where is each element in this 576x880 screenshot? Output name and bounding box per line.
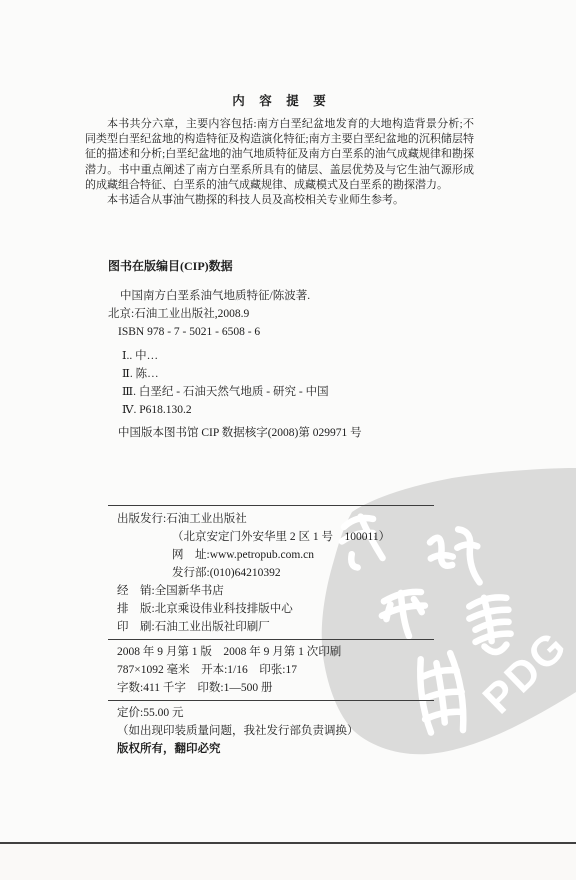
word-count-line: 字数:411 千字 印数:1—500 册	[108, 679, 453, 697]
publisher-line: 出版发行:石油工业出版社	[108, 510, 453, 528]
colophon-top-rule	[108, 505, 434, 506]
colophon-middle-rule	[108, 639, 434, 640]
summary-heading: 内 容 提 要	[85, 94, 474, 109]
cip-classification-1: Ⅰ.. 中…	[122, 347, 468, 365]
cip-classification-4: Ⅳ. P618.130.2	[122, 401, 468, 419]
publisher-address-line: （北京安定门外安华里 2 区 1 号 100011）	[108, 528, 453, 546]
cip-heading: 图书在版编目(CIP)数据	[108, 258, 468, 274]
sales-line: 经 销:全国新华书店	[108, 582, 453, 600]
distribution-phone-line: 发行部:(010)64210392	[108, 564, 453, 582]
copyright-notice-line: 版权所有，翻印必究	[108, 740, 453, 758]
colophon-bottom-rule	[108, 700, 434, 701]
cip-isbn-line: ISBN 978 - 7 - 5021 - 6508 - 6	[118, 323, 468, 341]
content-summary-section: 内 容 提 要 本书共分六章，主要内容包括:南方白垩纪盆地发育的大地构造背景分析…	[85, 94, 474, 208]
cip-publisher-line: 北京:石油工业出版社,2008.9	[108, 305, 468, 323]
colophon-section: 出版发行:石油工业出版社 （北京安定门外安华里 2 区 1 号 100011） …	[108, 505, 453, 758]
summary-paragraph-2: 本书适合从事油气勘探的科技人员及高校相关专业师生参考。	[85, 193, 474, 208]
website-line: 网 址:www.petropub.com.cn	[108, 546, 453, 564]
book-copyright-page: PDG 内 容 提 要 本书共分六章，主要内容包括:南方白垩纪盆地发育的大地构造…	[0, 0, 576, 880]
cip-classification-3: Ⅲ. 白垩纪 - 石油天然气地质 - 研究 - 中国	[122, 383, 468, 401]
quality-notice-line: （如出现印装质量问题，我社发行部负责调换）	[108, 722, 453, 740]
cip-title-line: 中国南方白垩系油气地质特征/陈波著.	[120, 287, 468, 305]
format-line: 787×1092 毫米 开本:1/16 印张:17	[108, 661, 453, 679]
printing-line: 印 刷:石油工业出版社印刷厂	[108, 618, 453, 636]
price-line: 定价:55.00 元	[108, 704, 453, 722]
cip-record-number-line: 中国版本图书馆 CIP 数据核字(2008)第 029971 号	[118, 424, 468, 442]
summary-paragraph-1: 本书共分六章，主要内容包括:南方白垩纪盆地发育的大地构造背景分析;不同类型白垩纪…	[85, 117, 474, 193]
edition-line: 2008 年 9 月第 1 版 2008 年 9 月第 1 次印刷	[108, 643, 453, 661]
cip-classification-2: Ⅱ. 陈…	[122, 365, 468, 383]
scan-page-bottom-edge	[0, 842, 576, 880]
cip-data-section: 图书在版编目(CIP)数据 中国南方白垩系油气地质特征/陈波著. 北京:石油工业…	[108, 258, 468, 442]
typesetting-line: 排 版:北京乘设伟业科技排版中心	[108, 600, 453, 618]
